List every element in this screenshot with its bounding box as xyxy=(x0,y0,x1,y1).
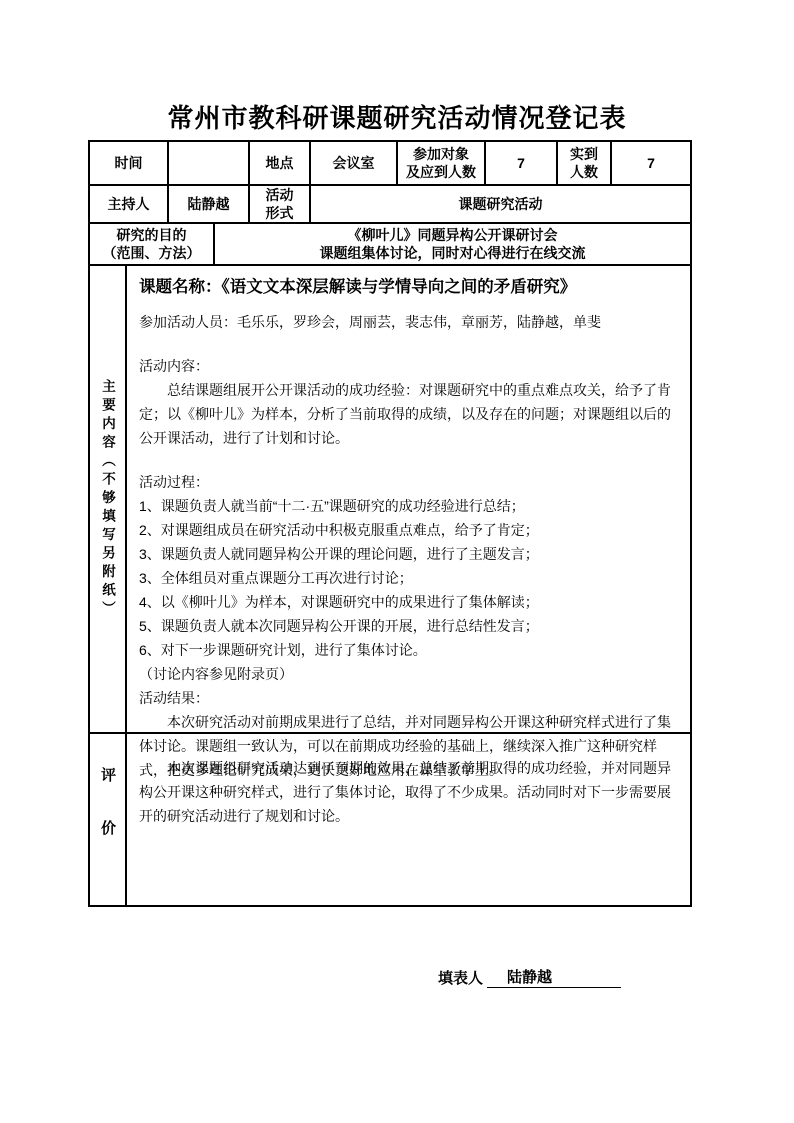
purpose-label: 研究的目的 （范围、方法） xyxy=(90,224,213,264)
host-value: 陆静越 xyxy=(167,186,248,222)
evaluation-paragraph: 本次课题组研究活动达到了预期的效果，总结了前期取得的成功经验，并对同题异构公开课… xyxy=(139,756,680,828)
participants-label: 参加对象 及应到人数 xyxy=(396,142,484,184)
evaluation-row: 评价 本次课题组研究活动达到了预期的效果，总结了前期取得的成功经验，并对同题异构… xyxy=(90,732,690,905)
main-content-cell: 课题名称：《语文文本深层解读与学情导向之间的矛盾研究》 参加活动人员：毛乐乐，罗… xyxy=(125,266,690,732)
filler-signature-line: 填表人陆静越 xyxy=(438,966,621,988)
expected-count-value: 7 xyxy=(484,142,556,184)
content-paragraph: 总结课题组展开公开课活动的成功经验：对课题研究中的重点难点攻关，给予了肯定；以《… xyxy=(139,378,680,450)
actual-count-value: 7 xyxy=(610,142,690,184)
filler-name: 陆静越 xyxy=(487,966,621,988)
process-heading: 活动过程： xyxy=(139,470,680,494)
main-content-side-label: 主要内容（不够填写另附纸） xyxy=(90,379,125,620)
time-value xyxy=(167,142,248,184)
activity-form-value: 课题研究活动 xyxy=(309,186,690,222)
process-item: 1、课题负责人就当前“十二·五”课题研究的成功经验进行总结； xyxy=(139,494,680,518)
participants-list: 参加活动人员：毛乐乐，罗珍会，周丽芸，裴志伟，章丽芳，陆静越，单斐 xyxy=(139,310,680,334)
process-item: 2、对课题组成员在研究活动中积极克服重点难点，给予了肯定； xyxy=(139,518,680,542)
filler-label: 填表人 xyxy=(438,970,483,987)
registration-table: 时间 地点 会议室 参加对象 及应到人数 7 实到 人数 7 主持人 陆静越 活… xyxy=(88,140,692,907)
purpose-value: 《柳叶儿》同题异构公开课研讨会 课题组集体讨论，同时对心得进行在线交流 xyxy=(213,224,690,264)
actual-count-label: 实到 人数 xyxy=(556,142,610,184)
main-content-row: 主要内容（不够填写另附纸） 课题名称：《语文文本深层解读与学情导向之间的矛盾研究… xyxy=(90,264,690,732)
header-row-2: 主持人 陆静越 活动 形式 课题研究活动 xyxy=(90,184,690,222)
time-label: 时间 xyxy=(90,142,167,184)
place-label: 地点 xyxy=(248,142,309,184)
main-content-side-label-cell: 主要内容（不够填写另附纸） xyxy=(90,266,125,732)
host-label: 主持人 xyxy=(90,186,167,222)
evaluation-side-label: 评价 xyxy=(90,767,125,873)
page-title: 常州市教科研课题研究活动情况登记表 xyxy=(0,98,794,135)
process-item: 4、以《柳叶儿》为样本，对课题研究中的成果进行了集体解读； xyxy=(139,590,680,614)
result-heading: 活动结果： xyxy=(139,686,680,710)
content-heading: 活动内容： xyxy=(139,354,680,378)
purpose-row: 研究的目的 （范围、方法） 《柳叶儿》同题异构公开课研讨会 课题组集体讨论，同时… xyxy=(90,222,690,264)
process-list: 1、课题负责人就当前“十二·五”课题研究的成功经验进行总结； 2、对课题组成员在… xyxy=(139,494,680,662)
process-item: 3、课题负责人就同题异构公开课的理论问题，进行了主题发言； xyxy=(139,542,680,566)
topic-title: 课题名称：《语文文本深层解读与学情导向之间的矛盾研究》 xyxy=(139,276,680,298)
evaluation-cell: 本次课题组研究活动达到了预期的效果，总结了前期取得的成功经验，并对同题异构公开课… xyxy=(125,734,690,905)
activity-form-label: 活动 形式 xyxy=(248,186,309,222)
header-row-1: 时间 地点 会议室 参加对象 及应到人数 7 实到 人数 7 xyxy=(90,142,690,184)
process-item: 6、对下一步课题研究计划，进行了集体讨论。 xyxy=(139,638,680,662)
process-item: 5、课题负责人就本次同题异构公开课的开展，进行总结性发言； xyxy=(139,614,680,638)
place-value: 会议室 xyxy=(309,142,396,184)
process-item: 3、全体组员对重点课题分工再次进行讨论； xyxy=(139,566,680,590)
evaluation-side-label-cell: 评价 xyxy=(90,734,125,905)
process-note: （讨论内容参见附录页） xyxy=(139,662,680,686)
